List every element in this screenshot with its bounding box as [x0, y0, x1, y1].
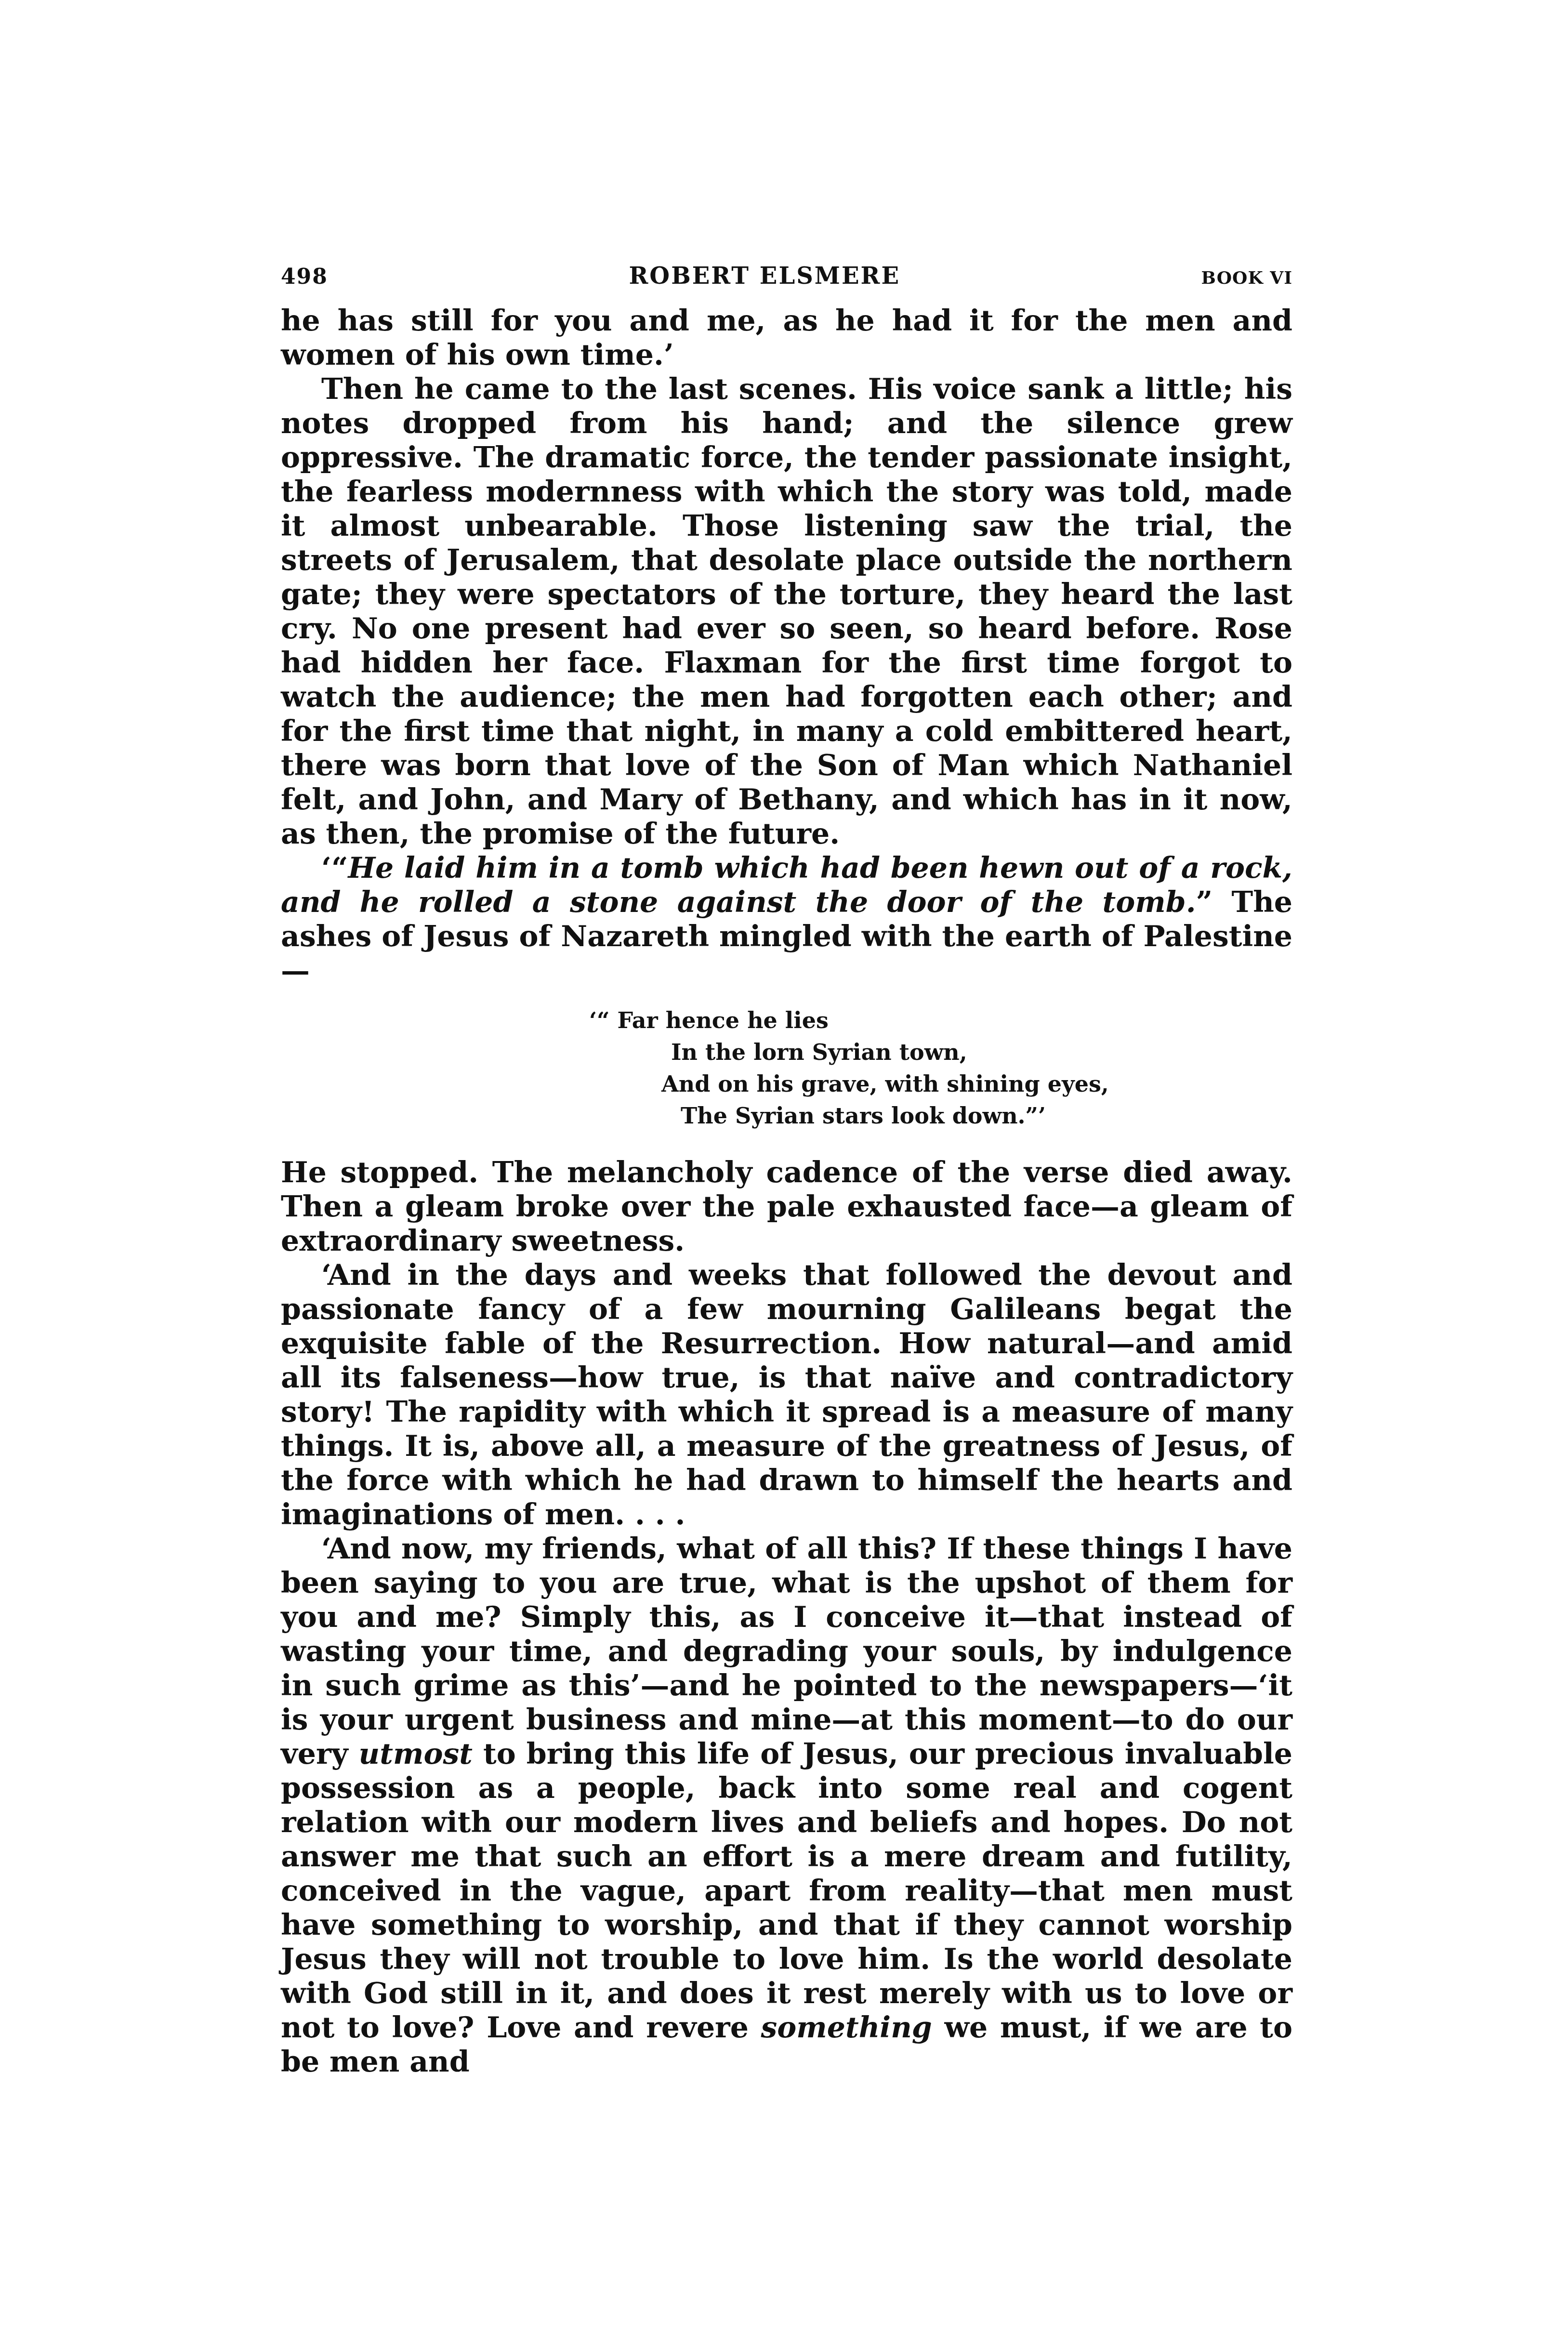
quote-close: ” [1196, 885, 1213, 919]
quote-open: ‘“ [321, 851, 348, 885]
scripture-quote: He laid him in a tomb which had been hew… [281, 851, 1292, 919]
book-page: 498 ROBERT ELSMERE BOOK VI he has still … [281, 263, 1292, 2079]
running-head: 498 ROBERT ELSMERE BOOK VI [281, 263, 1292, 290]
verse-line: The Syrian stars look down.”’ [281, 1100, 1292, 1132]
final-paragraph: ‘And now, my friends, what of all this? … [281, 1532, 1292, 2079]
verse-line: ‘“ Far hence he lies [281, 1004, 1292, 1036]
body-text: he has still for you and me, as he had i… [281, 304, 1292, 2079]
text-run: to bring this life of Jesus, our preciou… [281, 1737, 1292, 2045]
paragraph: he has still for you and me, as he had i… [281, 304, 1292, 372]
page-number: 498 [281, 264, 328, 289]
paragraph: Then he came to the last scenes. His voi… [281, 372, 1292, 851]
emphasis: utmost [359, 1737, 473, 1771]
verse-line: In the lorn Syrian town, [281, 1036, 1292, 1068]
text-run: ‘And now, my friends, what of all this? … [281, 1532, 1292, 1771]
running-title: ROBERT ELSMERE [629, 263, 900, 290]
verse-block: ‘“ Far hence he lies In the lorn Syrian … [281, 1004, 1292, 1132]
verse-line: And on his grave, with shining eyes, [281, 1068, 1292, 1100]
emphasis: something [761, 2011, 932, 2045]
paragraph: He stopped. The melancholy cadence of th… [281, 1156, 1292, 1258]
quote-paragraph: ‘“He laid him in a tomb which had been h… [281, 851, 1292, 988]
book-label: BOOK VI [1201, 268, 1292, 288]
paragraph: ‘And in the days and weeks that followed… [281, 1258, 1292, 1532]
